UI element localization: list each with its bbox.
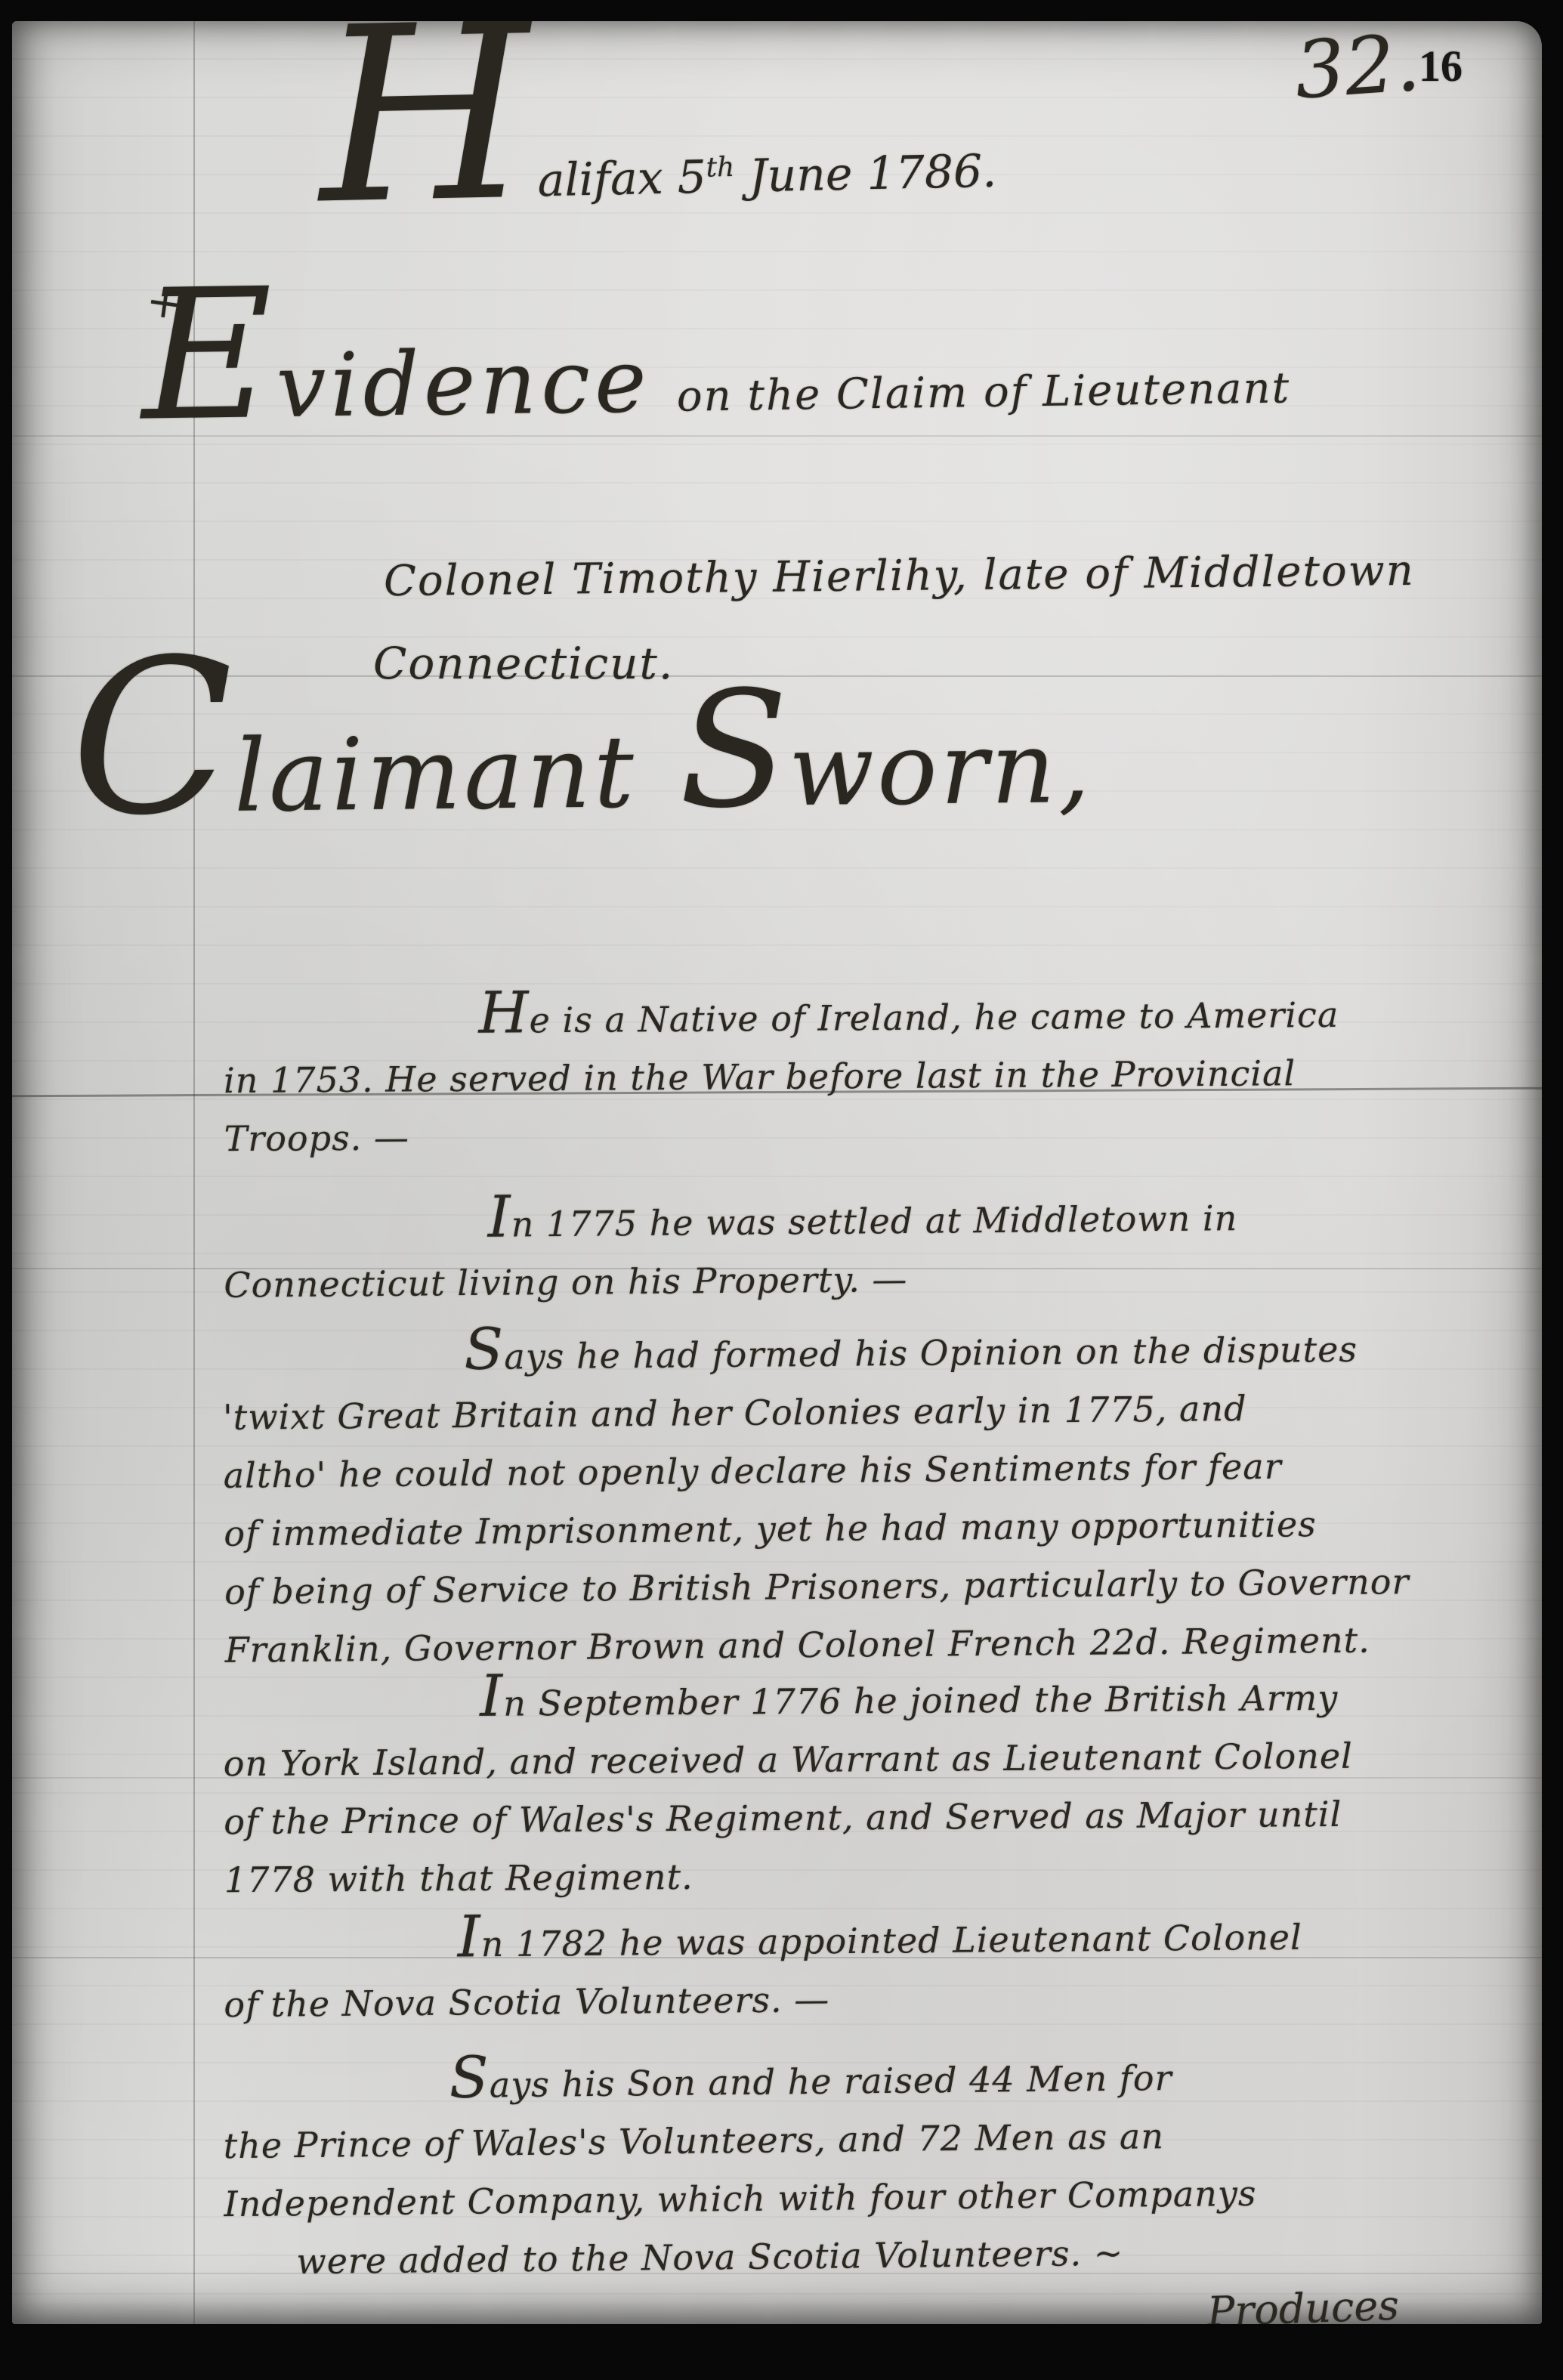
manuscript-page: 32. 16 + Halifax 5th June 1786. Evidence… (12, 21, 1542, 2324)
text-line: Troops. — (224, 1102, 1339, 1168)
text-line: In September 1776 he joined the British … (223, 1661, 1353, 1735)
paragraph: In September 1776 he joined the British … (223, 1661, 1354, 1909)
paragraph: Says his Son and he raised 44 Men for th… (222, 2041, 1257, 2292)
heading-word-rest: laimant (233, 714, 638, 835)
dateline-text: alifax 5 (537, 151, 707, 208)
text-line: in 1753. He served in the War before las… (224, 1044, 1339, 1110)
text-line: 1778 with that Regiment. (224, 1844, 1354, 1909)
catchword: Produces (1206, 2282, 1400, 2324)
text-line: of the Prince of Wales's Regiment, and S… (224, 1785, 1354, 1851)
title-word: vidence (276, 330, 652, 437)
text-line: the Prince of Wales's Volunteers, and 72… (223, 2106, 1256, 2175)
text-line: altho' he could not openly declare his S… (223, 1436, 1408, 1505)
paragraph: In 1775 he was settled at Middletown in … (223, 1182, 1238, 1315)
dateline-initial: H (317, 21, 539, 258)
paragraph: He is a Native of Ireland, he came to Am… (223, 978, 1339, 1168)
folio-number-handwritten: 32. (1293, 23, 1422, 110)
text-line: In 1775 he was settled at Middletown in (223, 1182, 1237, 1256)
text-line: of being of Service to British Prisoners… (224, 1553, 1410, 1621)
text-line: were added to the Nova Scotia Volunteers… (224, 2223, 1258, 2292)
text-line: Independent Company, which with four oth… (224, 2165, 1257, 2233)
heading-initial: S (678, 656, 789, 844)
paragraph: Says he had formed his Opinion on the di… (222, 1312, 1410, 1680)
evidence-title: Evidenceon the Claim of Lieutenant (141, 321, 1291, 439)
text-line: Connecticut living on his Property. — (224, 1247, 1238, 1315)
title-continuation: on the Claim of Lieutenant (676, 363, 1290, 421)
heading-initial: C (70, 613, 235, 863)
paragraph: In 1782 he was appointed Lieutenant Colo… (223, 1901, 1302, 2034)
dateline-text: June 1786. (734, 145, 997, 203)
title-line-3: Connecticut. (373, 638, 674, 689)
heading-word-rest: worn, (788, 709, 1093, 829)
title-line-2: Colonel Timothy Hierlihy, late of Middle… (384, 546, 1415, 606)
text-line: of immediate Imprisonment, yet he had ma… (224, 1494, 1409, 1563)
text-line: Says he had formed his Opinion on the di… (222, 1312, 1407, 1389)
text-line: Says his Son and he raised 44 Men for (222, 2041, 1256, 2117)
text-line: on York Island, and received a Warrant a… (224, 1727, 1354, 1793)
text-line: of the Nova Scotia Volunteers. — (224, 1967, 1303, 2034)
text-line: He is a Native of Ireland, he came to Am… (223, 978, 1339, 1052)
folio-number-stamp: 16 (1419, 41, 1463, 91)
document-scan: 32. 16 + Halifax 5th June 1786. Evidence… (0, 0, 1563, 2380)
heading-word: Sworn, (679, 790, 1093, 809)
text-line: In 1782 he was appointed Lieutenant Colo… (223, 1901, 1302, 1976)
title-initial: E (141, 250, 278, 461)
text-line: 'twixt Great Britain and her Colonies ea… (223, 1378, 1408, 1447)
dateline: Halifax 5th June 1786. (320, 104, 997, 212)
heading-word: Claimant (71, 795, 637, 815)
dateline-ordinal: th (706, 152, 735, 184)
section-heading: ClaimantSworn, (70, 709, 1093, 836)
